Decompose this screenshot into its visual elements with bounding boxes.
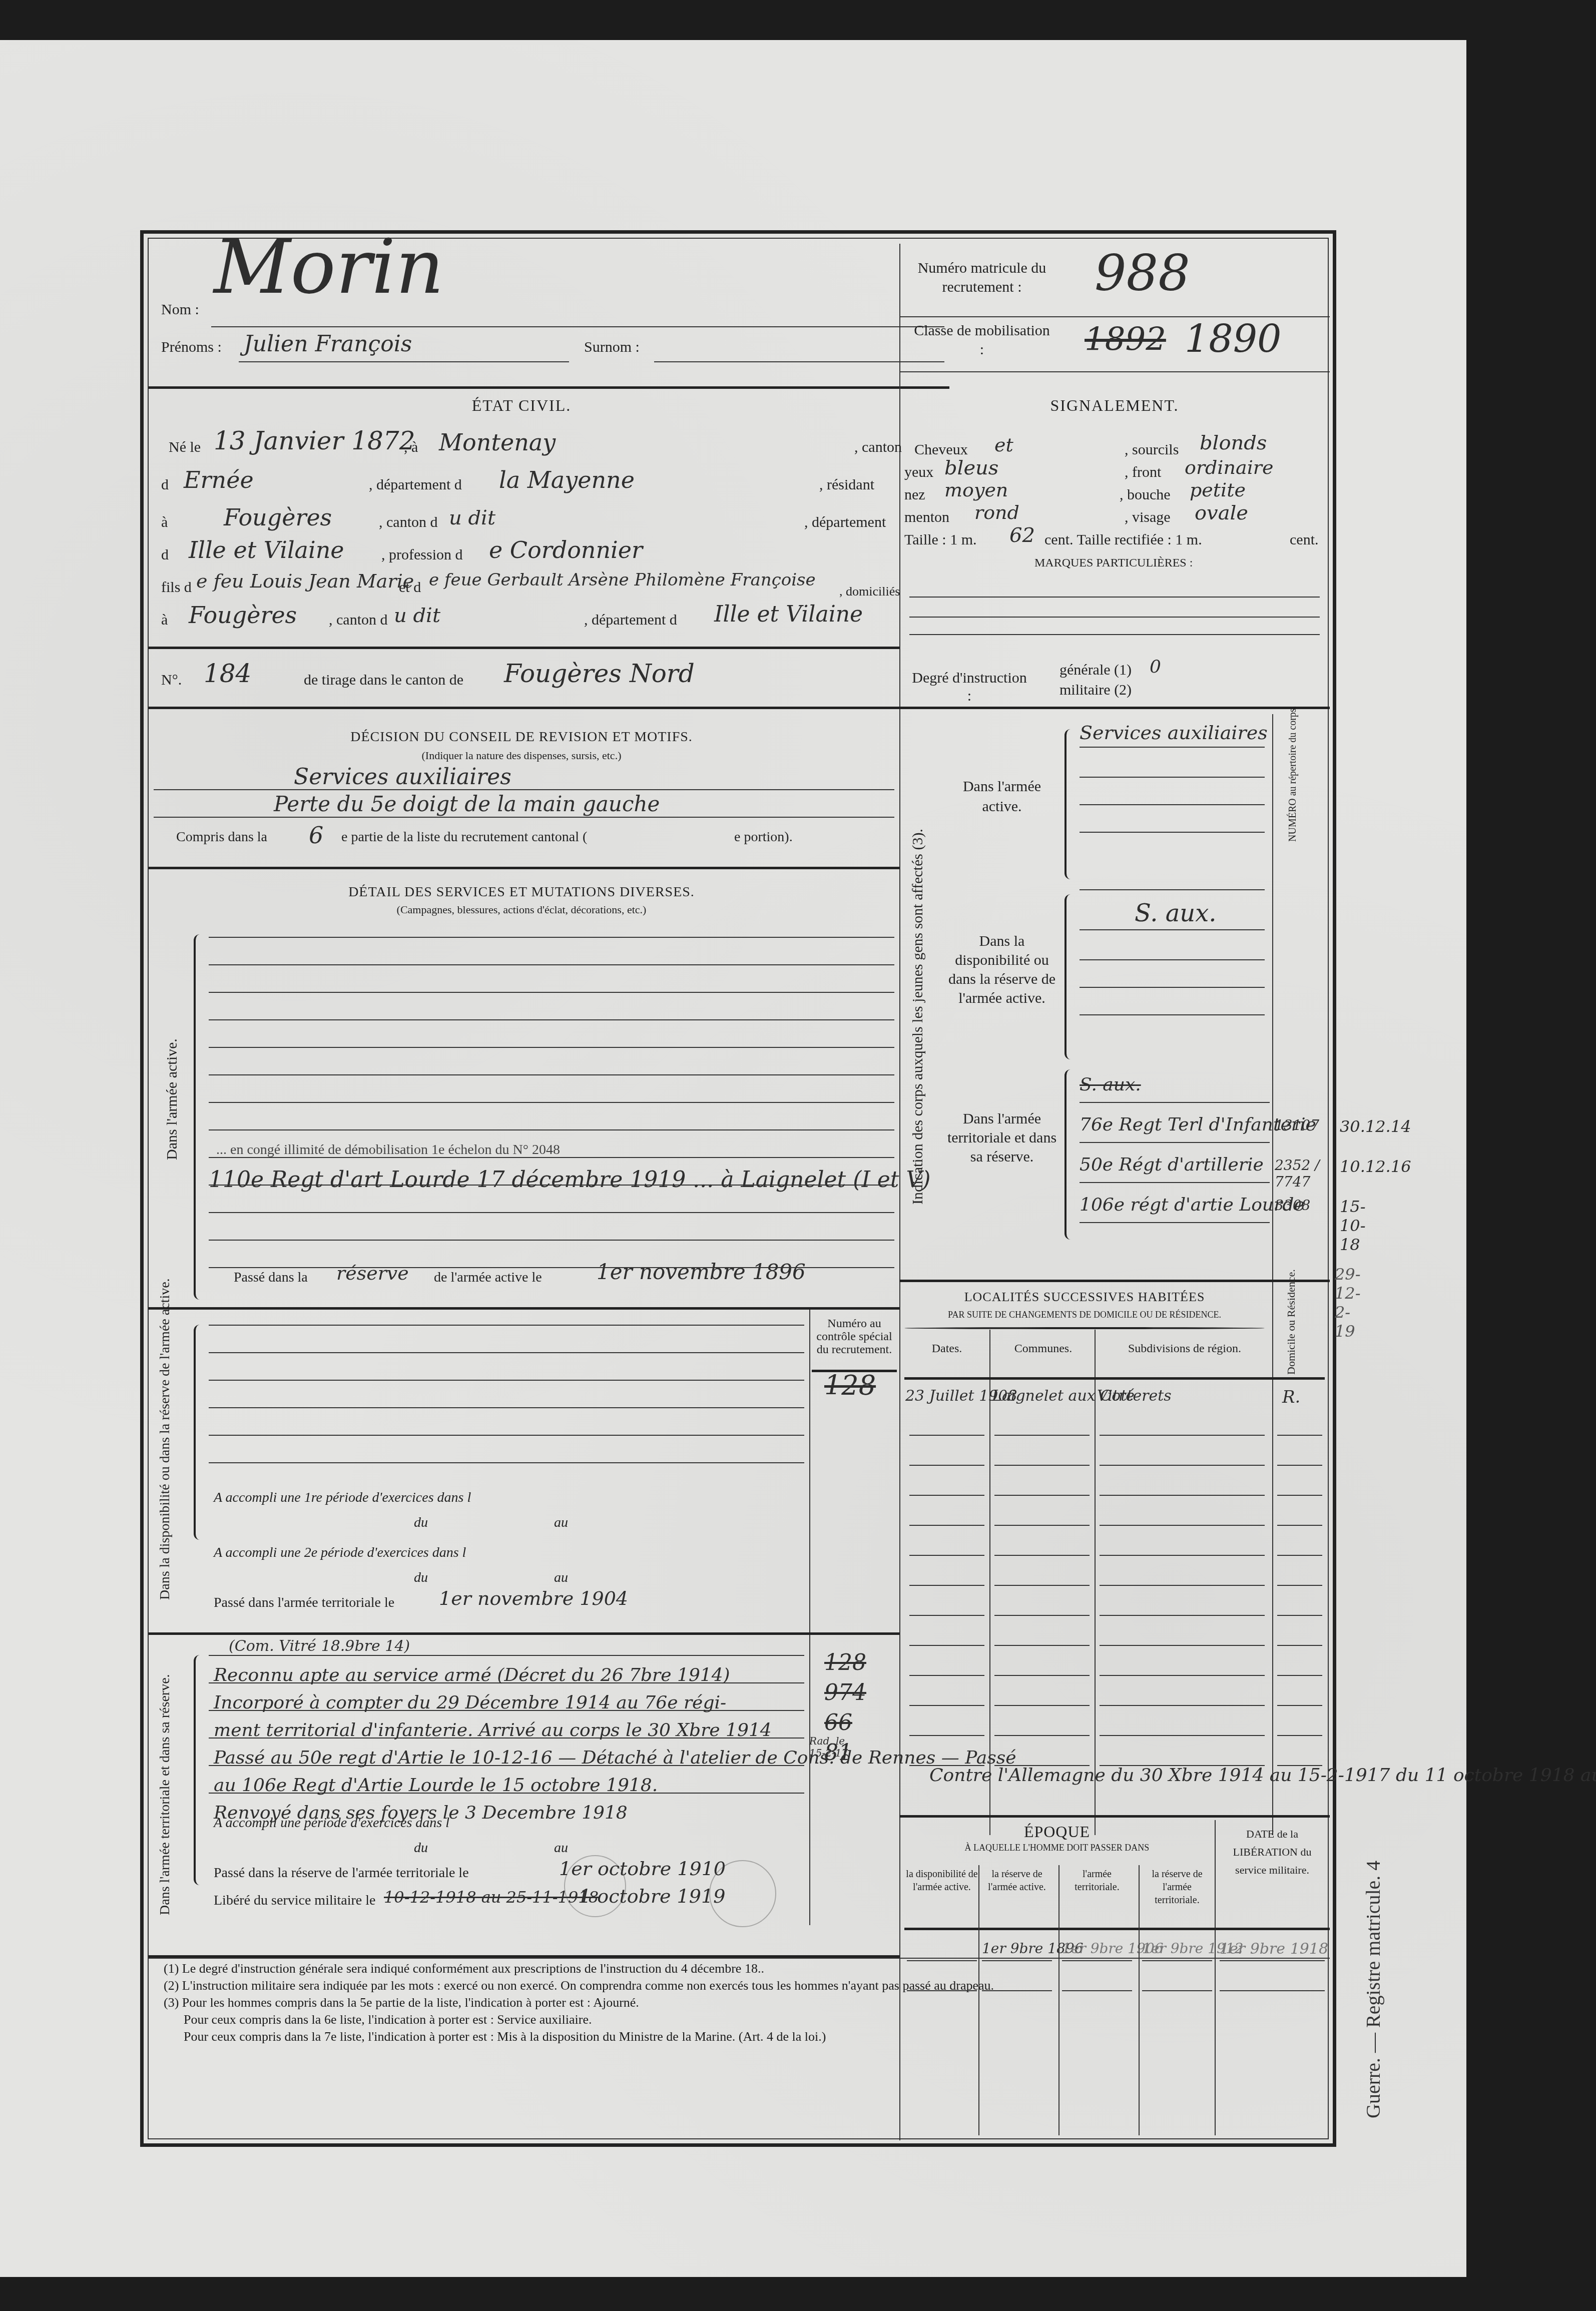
prenoms-label: Prénoms : — [161, 339, 222, 356]
territoriale-numero: 2352 / 7747 — [1275, 1157, 1333, 1190]
residence-departement-label: , département — [804, 514, 886, 531]
residence-canton-label: , canton d — [379, 514, 437, 531]
ruled-line — [1080, 1222, 1270, 1223]
ruled-line — [909, 1495, 984, 1496]
ruled-line — [1100, 1675, 1265, 1676]
footnote: (3) Pour les hommes compris dans la 5e p… — [164, 1994, 1315, 2011]
et-label: et d — [399, 579, 421, 596]
ruled-line — [1062, 1960, 1132, 1961]
territoriale-numero: 13107 — [1275, 1117, 1319, 1133]
ruled-line — [209, 1019, 894, 1020]
canton-label: , canton — [854, 439, 902, 456]
fils-label: fils d — [161, 579, 192, 596]
visage-value: ovale — [1195, 501, 1248, 524]
ruled-line — [1062, 1990, 1132, 1991]
ruled-line — [1080, 1182, 1270, 1183]
ruled-line — [909, 1765, 984, 1766]
periode2-du: du — [414, 1570, 428, 1586]
parents-residence-value: Fougères — [189, 602, 297, 629]
ruled-line — [909, 1465, 984, 1466]
partie-value: 6 — [309, 822, 323, 849]
territoriale-numero: 3308 — [1275, 1197, 1310, 1214]
terr-number: 66 — [824, 1710, 852, 1736]
numero-repertoire-header: NUMÉRO au répertoire du corps. — [1287, 722, 1299, 842]
ruled-line — [1100, 1615, 1265, 1616]
ruled-line — [994, 1585, 1090, 1586]
profession-label: , profession d — [381, 546, 462, 563]
passe-reserve-value: réserve — [336, 1262, 409, 1284]
affectation-active-entry: Services auxiliaires — [1080, 722, 1268, 744]
ruled-line — [1277, 1705, 1322, 1706]
profession-value: e Cordonnier — [489, 536, 643, 563]
ruled-line — [909, 1705, 984, 1706]
affectation-side-title: Indication des corps auxquels les jeunes… — [909, 734, 926, 1300]
form-frame: Nom : Morin Prénoms : Julien François Su… — [140, 230, 1336, 2147]
conseil-motif: Perte du 5e doigt de la main gauche — [274, 792, 660, 816]
ruled-line — [909, 1555, 984, 1556]
passe-reserve-mid: de l'armée active le — [434, 1270, 542, 1286]
affectation-territoriale-label: Dans l'armée territoriale et dans sa rés… — [944, 1109, 1059, 1167]
ruled-line — [994, 1555, 1090, 1556]
epoque-title: ÉPOQUE — [899, 1823, 1215, 1841]
passe-res-terr-label: Passé dans la réserve de l'armée territo… — [214, 1865, 469, 1881]
terr-service-line: Reconnu apte au service armé (Décret du … — [214, 1665, 730, 1685]
ruled-line — [994, 1735, 1090, 1736]
terr-service-line: Renvoyé dans ses foyers le 3 Decembre 19… — [214, 1803, 628, 1823]
parents-canton-value: u dit — [394, 604, 440, 627]
footnotes: (1) Le degré d'instruction générale sera… — [164, 1960, 1315, 2045]
nom-value: Morin — [214, 224, 444, 311]
territoriale-corps: S. aux. — [1080, 1074, 1141, 1095]
periode2-au: au — [554, 1570, 568, 1586]
pere-value: e feu Louis Jean Marie — [196, 570, 414, 592]
ruled-line — [1277, 1465, 1322, 1466]
cheveux-value: et — [994, 434, 1013, 456]
ruled-line — [209, 1435, 804, 1436]
ruled-line — [994, 1765, 1090, 1766]
conseil-decision: Services auxiliaires — [294, 764, 511, 790]
ruled-line — [1277, 1675, 1322, 1676]
epoque-header: la réserve de l'armée active. — [979, 1868, 1054, 1894]
ruled-line — [909, 1525, 984, 1526]
conseil-title: DÉCISION DU CONSEIL DE REVISION ET MOTIF… — [144, 729, 899, 745]
ruled-line — [209, 1407, 804, 1408]
mere-value: e feue Gerbault Arsène Philomène Françoi… — [429, 570, 816, 590]
periode1-au: au — [554, 1515, 568, 1531]
tirage-label: de tirage dans le canton de — [304, 672, 463, 689]
prenoms-value: Julien François — [244, 331, 412, 357]
ruled-line — [1277, 1585, 1322, 1586]
ruled-line — [1080, 1102, 1270, 1103]
ruled-line — [1100, 1705, 1265, 1706]
tirage-no-value: 184 — [204, 659, 251, 688]
ruled-line — [209, 964, 894, 965]
degre-label: Degré d'instruction : — [909, 669, 1029, 705]
territoriale-date: 10.12.16 — [1340, 1157, 1411, 1176]
ruled-line — [994, 1525, 1090, 1526]
menton-value: rond — [974, 501, 1019, 523]
ruled-line — [1100, 1645, 1265, 1646]
ruled-line — [994, 1675, 1090, 1676]
residence-canton-value: u dit — [449, 506, 495, 529]
column-divider — [1058, 1865, 1059, 2135]
campagne-entry: Contre l'Allemagne du 30 Xbre 1914 au 15… — [929, 1765, 1596, 1786]
affectation-margin-note: 29-12-2-19 — [1335, 1265, 1361, 1341]
ruled-line — [1277, 1555, 1322, 1556]
sourcils-label: , sourcils — [1125, 441, 1179, 458]
column-divider — [978, 1865, 979, 2135]
services-terr-side-label: Dans l'armée territoriale et dans sa rés… — [156, 1685, 174, 1915]
ruled-line — [1100, 1585, 1265, 1586]
ruled-line — [1100, 1765, 1265, 1766]
epoque-header: la réserve de l'armée territoriale. — [1140, 1868, 1215, 1907]
bouche-value: petite — [1190, 479, 1246, 501]
localites-header-dr: Domicile ou Résidence. — [1285, 1295, 1298, 1375]
side-imprint: Guerre. — Registre matricule. 4 — [1361, 1852, 1385, 2127]
localites-subtitle: PAR SUITE DE CHANGEMENTS DE DOMICILE OU … — [899, 1310, 1270, 1320]
ne-le-label: Né le — [169, 439, 201, 456]
ruled-line — [1100, 1495, 1265, 1496]
residence-departement-value: Ille et Vilaine — [189, 536, 344, 563]
residence-prefix: à — [161, 514, 168, 531]
services-subtitle: (Campagnes, blessures, actions d'éclat, … — [144, 903, 899, 916]
periode-au: au — [554, 1840, 568, 1856]
ruled-line — [909, 1735, 984, 1736]
classe-struck: 1892 — [1085, 321, 1166, 358]
conseil-subtitle: (Indiquer la nature des dispenses, sursi… — [144, 749, 899, 762]
periode2-label: A accompli une 2e période d'exercices da… — [214, 1545, 466, 1561]
ruled-line — [994, 1495, 1090, 1496]
canton-prefix: d — [161, 476, 169, 493]
front-label: , front — [1125, 464, 1161, 481]
footnote: Pour ceux compris dans la 6e liste, l'in… — [164, 2011, 1315, 2028]
ruled-line — [209, 992, 894, 993]
ruled-line — [209, 1240, 894, 1241]
passe-reserve-label: Passé dans la — [234, 1270, 308, 1286]
epoque-header: la disponibilité de l'armée active. — [904, 1868, 979, 1894]
a-label: , à — [404, 439, 418, 456]
numero-controle-header: Numéro au contrôle spécial du recrutemen… — [812, 1317, 897, 1356]
cheveux-label: Cheveux — [914, 441, 968, 458]
register-page: Nom : Morin Prénoms : Julien François Su… — [0, 40, 1466, 2277]
affectation-active-label: Dans l'armée active. — [944, 777, 1059, 817]
terr-service-line: au 106e Regt d'Artie Lourde le 15 octobr… — [214, 1775, 658, 1796]
ruled-line — [909, 1645, 984, 1646]
ruled-line — [907, 1960, 977, 1961]
etat-civil-title: ÉTAT CIVIL. — [144, 396, 899, 415]
localites-header: Subdivisions de région. — [1097, 1342, 1272, 1356]
departement-value: la Mayenne — [499, 466, 635, 493]
ruled-line — [209, 1380, 804, 1381]
ruled-line — [1277, 1495, 1322, 1496]
terr-service-line: Incorporé à compter du 29 Décembre 1914 … — [214, 1692, 726, 1713]
matricule-value: 988 — [1095, 244, 1190, 302]
tirage-no-label: N°. — [161, 672, 182, 689]
periode-du: du — [414, 1840, 428, 1856]
degre-militaire-label: militaire (2) — [1059, 682, 1132, 699]
services-dispo-side-label: Dans la disponibilité ou dans la réserve… — [156, 1350, 174, 1600]
parents-residence-prefix: à — [161, 612, 168, 629]
territoriale-date: 30.12.14 — [1340, 1117, 1411, 1136]
footnote: (1) Le degré d'instruction générale sera… — [164, 1960, 1315, 1977]
territoriale-corps: 106e régt d'artie Lourde — [1080, 1195, 1305, 1215]
footnote: (2) L'instruction militaire sera indiqué… — [164, 1977, 1315, 1994]
ruled-line — [909, 1615, 984, 1616]
ruled-line — [209, 1267, 894, 1268]
localites-title: LOCALITÉS SUCCESSIVES HABITÉES — [899, 1290, 1270, 1305]
ruled-line — [209, 937, 894, 938]
terr-number: 974 — [824, 1680, 866, 1705]
ruled-line — [209, 1325, 804, 1326]
ruled-line — [909, 1585, 984, 1586]
ruled-line — [1142, 1990, 1212, 1991]
epoque-value: 1er 9bre 1912 — [1142, 1940, 1244, 1957]
epoque-header: l'armée territoriale. — [1059, 1868, 1135, 1894]
epoque-subtitle: À LAQUELLE L'HOMME DOIT PASSER DANS — [899, 1843, 1215, 1853]
ruled-line — [209, 1462, 804, 1463]
passe-territoriale-label: Passé dans l'armée territoriale le — [214, 1595, 394, 1611]
ruled-line — [209, 1157, 894, 1158]
ruled-line — [994, 1645, 1090, 1646]
parents-departement-label: , département d — [584, 612, 677, 629]
domicilies-label: , domiciliés — [839, 584, 900, 599]
bouche-label: , bouche — [1120, 486, 1171, 503]
services-active-side-label: Dans l'armée active. — [164, 974, 181, 1225]
ruled-line — [982, 1990, 1052, 1991]
localites-header: Dates. — [904, 1342, 989, 1356]
surnom-label: Surnom : — [584, 339, 640, 356]
nez-value: moyen — [944, 479, 1008, 501]
ruled-line — [209, 1129, 894, 1130]
localite-commune: Laignelet aux Cotterets — [992, 1387, 1172, 1405]
passe-territoriale-date: 1er novembre 1904 — [439, 1587, 628, 1609]
ruled-line — [209, 1212, 894, 1213]
menton-label: menton — [904, 509, 949, 526]
ne-le-value: 13 Janvier 1872 — [214, 426, 415, 455]
localites-header: Communes. — [992, 1342, 1095, 1356]
lieu-naissance-value: Montenay — [439, 429, 556, 456]
ruled-line — [209, 1047, 894, 1048]
services-stamp-line: ... en congé illimité de démobilisation … — [216, 1142, 560, 1158]
ruled-line — [1277, 1765, 1322, 1766]
ruled-line — [1277, 1645, 1322, 1646]
terr-service-line: ment territorial d'infanterie. Arrivé au… — [214, 1720, 772, 1741]
liberation-header: DATE de la LIBÉRATION du service militai… — [1217, 1825, 1327, 1879]
terr-service-line: Passé au 50e regt d'Artie le 10-12-16 — … — [214, 1748, 1016, 1768]
taille-value: 62 — [1009, 524, 1035, 547]
yeux-value: bleus — [944, 456, 998, 479]
tirage-canton-value: Fougères Nord — [504, 659, 695, 688]
ruled-line — [1100, 1525, 1265, 1526]
periode1-label: A accompli une 1re période d'exercices d… — [214, 1490, 471, 1506]
terr-number: 81 — [824, 1740, 852, 1766]
terr-service-line: (Com. Vitré 18.9bre 14) — [229, 1637, 410, 1655]
visage-label: , visage — [1125, 509, 1171, 526]
degre-generale-value: 0 — [1150, 657, 1161, 677]
ruled-line — [982, 1960, 1052, 1961]
footnote: Pour ceux compris dans la 7e liste, l'in… — [164, 2028, 1315, 2045]
nez-label: nez — [904, 486, 925, 503]
ruled-line — [1100, 1465, 1265, 1466]
sourcils-value: blonds — [1200, 431, 1267, 454]
periode1-du: du — [414, 1515, 428, 1531]
degre-generale-label: générale (1) — [1059, 662, 1132, 679]
services-title: DÉTAIL DES SERVICES ET MUTATIONS DIVERSE… — [144, 884, 899, 900]
ruled-line — [1100, 1435, 1265, 1436]
ruled-line — [1100, 1555, 1265, 1556]
localite-subdivision: Vitré — [1097, 1387, 1135, 1405]
ruled-line — [907, 1990, 977, 1991]
ruled-line — [994, 1705, 1090, 1706]
ruled-line — [909, 1435, 984, 1436]
departement-label: , département d — [369, 476, 462, 493]
ruled-line — [909, 1675, 984, 1676]
taille-rectifiee-label: cent. Taille rectifiée : 1 m. — [1044, 531, 1202, 548]
signalement-title: SIGNALEMENT. — [899, 396, 1330, 415]
taille-end-label: cent. — [1290, 531, 1318, 548]
services-active-entry: 110e Regt d'art Lourde 17 décembre 1919 … — [209, 1167, 930, 1193]
ruled-line — [209, 1655, 804, 1656]
ruled-line — [1277, 1735, 1322, 1736]
column-divider — [1139, 1865, 1140, 2135]
affectation-dispo-entry: S. aux. — [1135, 899, 1217, 927]
nom-label: Nom : — [161, 301, 199, 318]
classe-value: 1890 — [1185, 316, 1281, 361]
front-value: ordinaire — [1185, 456, 1273, 478]
residant-label: , résidant — [819, 476, 874, 493]
ruled-line — [1277, 1615, 1322, 1616]
territoriale-date: 15-10-18 — [1340, 1197, 1366, 1254]
parents-departement-value: Ille et Vilaine — [714, 602, 863, 627]
affectation-dispo-label: Dans la disponibilité ou dans la réserve… — [944, 932, 1059, 1008]
marques-title: MARQUES PARTICULIÈRES : — [1034, 556, 1193, 570]
ruled-line — [209, 1074, 894, 1075]
ruled-line — [209, 1352, 804, 1353]
residence-departement-prefix: d — [161, 546, 169, 563]
portion-suffix: e portion). — [734, 829, 793, 845]
libere-label: Libéré du service militaire le — [214, 1893, 375, 1909]
terr-number: 128 — [824, 1650, 866, 1675]
compris-label: Compris dans la — [176, 829, 267, 845]
ruled-line — [1100, 1735, 1265, 1736]
taille-label: Taille : 1 m. — [904, 531, 977, 548]
parents-canton-label: , canton d — [329, 612, 387, 629]
classe-label: Classe de mobilisation : — [912, 321, 1052, 359]
numero-controle-value: 128 — [824, 1370, 876, 1401]
passe-reserve-date: 1er novembre 1896 — [597, 1260, 806, 1284]
ruled-line — [1277, 1525, 1322, 1526]
ruled-line — [1080, 1142, 1270, 1143]
territoriale-corps: 50e Régt d'artillerie — [1080, 1154, 1264, 1175]
canton-value: Ernée — [184, 466, 254, 493]
compris-suffix: e partie de la liste du recrutement cant… — [341, 829, 587, 845]
ruled-line — [994, 1615, 1090, 1616]
matricule-label: Numéro matricule du recrutement : — [912, 259, 1052, 297]
ruled-line — [1142, 1960, 1212, 1961]
ruled-line — [994, 1435, 1090, 1436]
localite-dr: R. — [1282, 1387, 1300, 1407]
residence-value: Fougères — [224, 504, 332, 531]
yeux-label: yeux — [904, 464, 933, 481]
ruled-line — [994, 1465, 1090, 1466]
ruled-line — [209, 1185, 894, 1186]
ruled-line — [209, 1102, 894, 1103]
ruled-line — [1277, 1435, 1322, 1436]
